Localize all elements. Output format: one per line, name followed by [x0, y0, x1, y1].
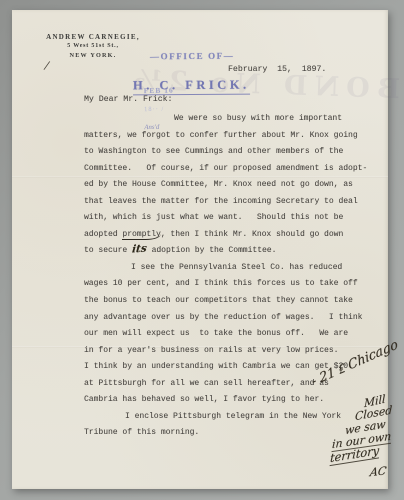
recipient-stamp: H. C. FRICK. — [133, 78, 250, 96]
salutation: My Dear Mr. Frick: — [84, 95, 172, 104]
letter-line: I enclose Pittsburgh telegram in the New… — [84, 409, 370, 426]
letter-line: the bonus to teach our competitors that … — [84, 293, 370, 310]
handwritten-word: its — [132, 245, 148, 254]
letter-line: any advantage over us by the reduction o… — [84, 310, 370, 327]
letter-line: that leaves the matter for the incoming … — [84, 194, 370, 211]
letter-body: We were so busy with more importantmatte… — [84, 111, 370, 442]
typed-text: ed by the House Committee, Mr. Knox need… — [84, 180, 353, 189]
letter-line: ed by the House Committee, Mr. Knox need… — [84, 177, 370, 194]
letter-line: Committee. Of course, if our proposed am… — [84, 161, 370, 178]
typed-text: Tribune of this morning. — [84, 428, 199, 437]
date-line: February 15, 1897. — [228, 65, 326, 74]
letter-line: with, which is just what we want. Should… — [84, 210, 370, 227]
office-of-stamp: —OFFICE OF— — [150, 51, 234, 62]
letter-line: in for a year's business on rails at ver… — [84, 343, 370, 360]
typed-text: I enclose Pittsburgh telegram in the New… — [125, 412, 341, 421]
typed-text: wages 10 per cent, and I think this forc… — [84, 279, 358, 288]
typed-text: the bonus to teach our competitors that … — [84, 296, 353, 305]
typed-text: that leaves the matter for the incoming … — [84, 197, 358, 206]
letter-line: matters, we forgot to confer further abo… — [84, 128, 370, 145]
typed-text: We were so busy with more important — [174, 114, 342, 123]
letter-line: wages 10 per cent, and I think this forc… — [84, 276, 370, 293]
typed-text: I think by an understanding with Cambria… — [84, 362, 353, 371]
letterhead-name: ANDREW CARNEGIE, — [32, 33, 154, 42]
letter-paper: BOND No 2½ ANDREW CARNEGIE, 5 West 51st … — [12, 10, 388, 489]
typed-text: Committee. Of course, if our proposed am… — [84, 164, 367, 173]
letter-line: Tribune of this morning. — [84, 425, 370, 442]
letter-line: our men will expect us to take the bonus… — [84, 326, 370, 343]
typed-text: at Pittsburgh for all we can sell hereaf… — [84, 379, 329, 388]
typed-text: matters, we forgot to confer further abo… — [84, 131, 358, 140]
typed-text: with, which is just what we want. Should… — [84, 213, 343, 222]
handwritten-note: territory — [330, 443, 380, 466]
letter-line: at Pittsburgh for all we can sell hereaf… — [84, 376, 370, 393]
typed-text: I see the Pennsylvania Steel Co. has red… — [131, 263, 342, 272]
letterhead-city: NEW YORK. — [32, 51, 154, 60]
letterhead-address: 5 West 51st St., — [32, 42, 154, 51]
letter-line: adopted promptly, then I think Mr. Knox … — [84, 227, 370, 244]
typed-text: adopted — [84, 230, 122, 239]
letter-line: Cambria has behaved so well, I favor tyi… — [84, 392, 370, 409]
typed-text: to Washington to see Cummings and other … — [84, 147, 343, 156]
pen-check-mark: / — [44, 59, 49, 72]
typed-text: , then I think Mr. Knox should go down — [161, 230, 343, 239]
letter-line: We were so busy with more important — [84, 111, 370, 128]
typed-text: to secure — [84, 246, 132, 255]
typed-text: in for a year's business on rails at ver… — [84, 346, 338, 355]
letter-line: I think by an understanding with Cambria… — [84, 359, 370, 376]
typed-text: any advantage over us by the reduction o… — [84, 313, 362, 322]
letterhead: ANDREW CARNEGIE, 5 West 51st St., NEW YO… — [32, 33, 154, 60]
letter-line: I see the Pennsylvania Steel Co. has red… — [84, 260, 370, 277]
handwritten-note: AC — [369, 464, 387, 479]
letter-line: to Washington to see Cummings and other … — [84, 144, 370, 161]
typed-text: adoption by the Committee. — [147, 246, 277, 255]
typed-text: Cambria has behaved so well, I favor tyi… — [84, 395, 324, 404]
typed-text: our men will expect us to take the bonus… — [84, 329, 348, 338]
letter-line: to secure its adoption by the Committee. — [84, 243, 370, 260]
underlined-word: promptly — [122, 230, 160, 241]
